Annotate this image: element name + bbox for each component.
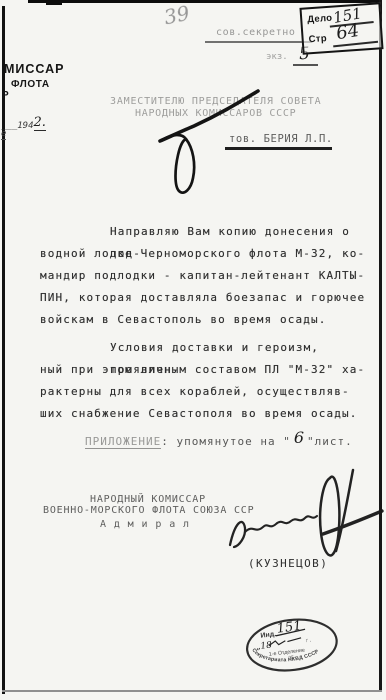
letterhead-fragment: е	[1, 129, 6, 140]
incoming-stamp-date-rest: г.	[305, 638, 312, 645]
body-line: водной лодке Черноморского флота М-32, к…	[40, 243, 376, 265]
body-line: ный при этом личным составом ПЛ "М-32" х…	[40, 359, 376, 381]
body-line: ших снабжение Севастополя во время осады…	[40, 403, 376, 425]
registry-page-number: 64	[335, 20, 361, 44]
scan-border-top	[28, 0, 382, 3]
body-line: войскам в Севастополь во время осады.	[40, 309, 376, 331]
classification-underline	[205, 41, 312, 43]
letterhead-line-3: Р	[2, 90, 9, 101]
signature-autograph	[203, 458, 385, 564]
letterhead-date-line: ___1942.	[1, 113, 46, 132]
attachment-sheets-number: 6	[291, 428, 307, 447]
scan-border-top-blob	[46, 0, 62, 5]
registry-stamp: Дело 151 Стр 64	[299, 2, 383, 55]
incoming-stamp: Инд. 151 „18 г. 1-е Отделение 25 Секрета…	[239, 609, 346, 683]
body-line: ПИН, которая доставляла боезапас и горюч…	[40, 287, 376, 309]
incoming-stamp-date-hand: „18	[255, 640, 272, 652]
attachment-text: : упомянутое на "	[161, 435, 291, 448]
approval-flourish	[150, 84, 265, 209]
copy-number-underline	[293, 64, 318, 66]
registry-delo-label: Дело	[307, 13, 333, 26]
body-line: рактерны для всех кораблей, осуществляв-	[40, 381, 376, 403]
body-paragraph-2: Условия доставки и героизм, проявлен- ны…	[40, 337, 376, 425]
scan-border-right	[379, 0, 382, 691]
classification-label: сов.секретно	[216, 27, 295, 38]
body-line: мандир подлодки - капитан-лейтенант КАЛТ…	[40, 265, 376, 287]
letterhead-line-2: ФЛОТА	[11, 79, 50, 90]
registry-page-label: Стр	[308, 33, 327, 45]
body-line: Направляю Вам копию донесения о под-	[40, 221, 376, 243]
copy-label: экз.	[266, 52, 288, 62]
pencil-page-number: 39	[162, 1, 192, 30]
body-paragraph-1: Направляю Вам копию донесения о под- вод…	[40, 221, 376, 331]
attachment-label: ПРИЛОЖЕНИЕ	[85, 435, 161, 449]
signature-name: (КУЗНЕЦОВ)	[248, 557, 328, 570]
body-line: Условия доставки и героизм, проявлен-	[40, 337, 376, 359]
scan-border-left	[2, 6, 5, 694]
attachment-suffix: "лист.	[307, 435, 353, 448]
incoming-stamp-ind-label: Инд.	[260, 631, 276, 640]
incoming-stamp-date-scribble	[268, 638, 301, 646]
scanned-document-page: 39 сов.секретно экз. 5 Дело 151 Стр 64 М…	[0, 0, 386, 700]
letterhead-date-handwritten: 2.	[34, 115, 46, 131]
scan-border-bottom	[2, 690, 382, 692]
attachment-line: ПРИЛОЖЕНИЕ: упомянутое на "6"лист.	[85, 429, 353, 451]
letterhead-line-1: МИССАР	[4, 62, 65, 76]
incoming-stamp-ind-number: 151	[276, 619, 302, 637]
